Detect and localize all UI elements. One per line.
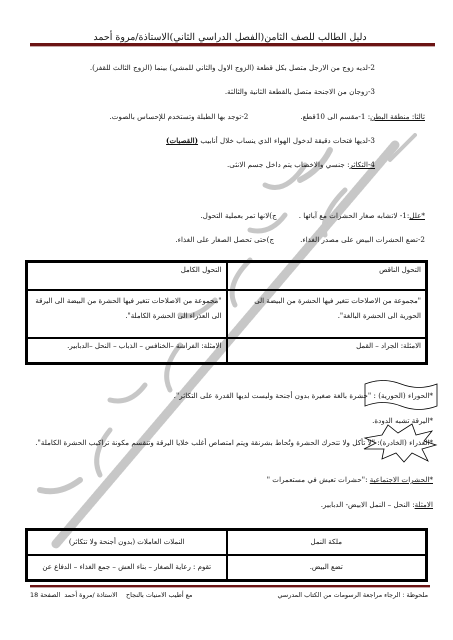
nymph-label: *الحوراء (الحورية) :: [374, 391, 433, 400]
nymph-line: *الحوراء (الحورية) : "حشرة بالغة صغيرة ب…: [174, 391, 433, 400]
footer-wish: مع أطيب الامنيات بالنجاح: [126, 591, 192, 599]
nymph-definition: "حشرة بالغة صغيرة بدون أجنحة وليست لديها…: [174, 391, 372, 400]
social-examples: : النحل – النمل الابيض- الدبابير.: [321, 500, 415, 509]
social-insects-line: *الحشرات الاجتماعية :"حشرات تعيش في مستع…: [267, 475, 433, 484]
pupa-line: *العذراء (الخادرة): "لا تأكل ولا تتحرك ا…: [35, 438, 433, 447]
page-number: 18: [30, 591, 38, 599]
complete-examples: الامثلة: الفراشة –الخنافس – الذباب – الن…: [27, 338, 227, 364]
queen-header: ملكة النمل: [227, 530, 427, 555]
question-2: 2-تضع الحشرات البيض على مصدر الغذاء.: [300, 235, 425, 244]
page-label: الصفحة: [40, 591, 60, 599]
reproduction-label: 4-التكاثر: [350, 160, 376, 169]
svg-text:الاستاذة مروة احمد: الاستاذة مروة احمد: [0, 0, 9, 1]
social-insects-label: *الحشرات الاجتماعية: [370, 475, 433, 484]
workers-header: النملات العاملات (بدون أجنحة ولا تتكاثر): [27, 530, 227, 555]
pupa-label: *العذراء (الخادرة):: [377, 438, 433, 447]
page-header-title: دليل الطالب للصف الثامن(الفصل الدراسي ال…: [30, 32, 430, 43]
question-1: :1- لاتشابه صغار الحشرات مع آبائها .: [299, 211, 410, 220]
header-divider: [30, 43, 435, 47]
social-examples-line: الامثلة: النحل – النمل الابيض- الدبابير.: [321, 500, 433, 509]
workers-role: تقوم : رعاية الصغار – بناء العش – جمع ال…: [27, 555, 227, 581]
spiracles-text: 3-لديها فتحات دقيقة لدخول الهواء الذي ين…: [200, 136, 375, 145]
answer-1: ج)لانها تمر بعملية التحول.: [200, 211, 276, 220]
reproduction-text: : جنسي والاخصاب يتم داخل جسم الانثى.: [227, 160, 350, 169]
queen-role: تضع البيض.: [227, 555, 427, 581]
answer-2: ج)حتى تحصل الصغار على الغذاء.: [175, 235, 274, 244]
incomplete-examples: الامثلة: الجراد – القمل: [227, 338, 427, 364]
social-examples-label: الامثلة: [415, 500, 433, 509]
pupa-definition: "لا تأكل ولا تتحرك الحشرة وتُحاط بشرنقة …: [35, 438, 375, 447]
explain-label: *علل: [409, 211, 425, 220]
abdomen-point-2: 2-توجد بها الطبلة وتستخدم للإحساس بالصوت…: [109, 112, 248, 121]
legs-line: 2-لديه زوج من الارجل متصل بكل قطعة (الزو…: [90, 63, 375, 72]
abdomen-point-1: : 1-مقسم الى 10قطع.: [300, 112, 370, 121]
wings-line: 3-زوجان من الاجنحة متصل بالقطعة الثانية …: [225, 87, 375, 96]
document-page: الاستاذة مروة احمد دليل الطالب للصف الثا…: [0, 0, 453, 640]
abdomen-line: ثالثا: منطقة البطن: 1-مقسم الى 10قطع.2-ت…: [109, 112, 425, 121]
complete-definition: "مجموعة من الاصلاحات تتغير فيها الحشرة م…: [27, 290, 227, 338]
footer-page-info: الاستاذة /مروة أحمد الصفحة 18: [30, 591, 118, 599]
explain-question-1: *علل:1- لاتشابه صغار الحشرات مع آبائها .…: [200, 211, 425, 220]
ant-colony-table: ملكة النمل النملات العاملات (بدون أجنحة …: [25, 528, 428, 582]
table-header-complete: التحول الكامل: [27, 262, 227, 290]
reproduction-line: 4-التكاثر: جنسي والاخصاب يتم داخل جسم ال…: [227, 160, 375, 169]
spiracles-line: 3-لديها فتحات دقيقة لدخول الهواء الذي ين…: [166, 136, 375, 145]
footer-note: ملحوظة : الرجاء مراجعة الرسومات من الكتا…: [278, 591, 428, 599]
tracheae-term: (القصبات): [166, 136, 198, 145]
incomplete-definition: "مجموعة من الاصلاحات تتغير فيها الحشرة م…: [227, 290, 427, 338]
explain-question-2: 2-تضع الحشرات البيض على مصدر الغذاء.ج)حت…: [175, 235, 425, 244]
table-header-incomplete: التحول الناقص: [227, 262, 427, 290]
footer-teacher: الاستاذة /مروة أحمد: [64, 591, 117, 599]
footer-divider: [30, 585, 430, 588]
abdomen-label: ثالثا: منطقة البطن: [370, 112, 425, 121]
metamorphosis-table: التحول الناقص التحول الكامل "مجموعة من ا…: [25, 260, 428, 365]
social-insects-definition: :"حشرات تعيش في مستعمرات ": [267, 475, 368, 484]
